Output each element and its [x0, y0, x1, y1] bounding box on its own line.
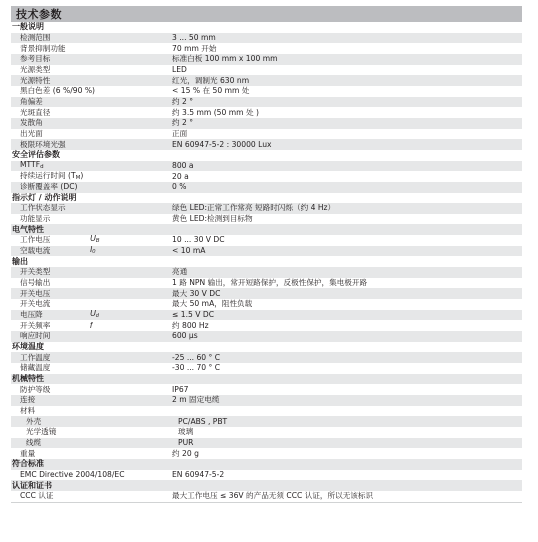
spec-value: 约 800 Hz — [167, 321, 522, 331]
spec-row: 光学透镜玻璃 — [11, 427, 522, 438]
spec-row: 功能显示黄色 LED:检测到目标物 — [11, 214, 522, 225]
spec-row: 出光面正面 — [11, 129, 522, 140]
spec-label: 诊断覆盖率 (DC) — [11, 182, 167, 192]
spec-label: 开关电流 — [11, 299, 167, 309]
spec-symbol: I0 — [90, 245, 167, 257]
spec-label: 极限环境光强 — [11, 140, 167, 150]
spec-value: EN 60947-5-2 — [167, 470, 522, 480]
spec-row: 极限环境光强EN 60947-5-2 : 30000 Lux — [11, 139, 522, 150]
spec-row: 参考目标标准白板 100 mm x 100 mm — [11, 54, 522, 65]
spec-value: < 15 % 在 50 mm 处 — [167, 86, 522, 96]
spec-row: 外壳PC/ABS , PBT — [11, 416, 522, 427]
spec-label: 线缆 — [11, 438, 173, 448]
spec-row: 空载电流I0 < 10 mA — [11, 246, 522, 257]
spec-label: 光源特性 — [11, 76, 167, 86]
spec-label: 储藏温度 — [11, 363, 167, 373]
spec-row: 连接2 m 固定电缆 — [11, 395, 522, 406]
spec-value: 正面 — [167, 129, 522, 139]
spec-label: 工作状态显示 — [11, 203, 167, 213]
spec-value: 最大 50 mA，阻性负载 — [167, 299, 522, 309]
spec-row: 黑白色差 (6 %/90 %)< 15 % 在 50 mm 处 — [11, 86, 522, 97]
spec-row: 响应时间600 µs — [11, 331, 522, 342]
spec-value: IP67 — [167, 385, 522, 395]
spec-row: 线缆PUR — [11, 438, 522, 449]
section-label: 电气特性 — [12, 225, 44, 235]
spec-symbol: Ud — [90, 309, 167, 321]
section-header: 一般说明 — [11, 22, 522, 33]
spec-label: 重量 — [11, 449, 167, 459]
spec-label: 光源类型 — [11, 65, 167, 75]
spec-label: 参考目标 — [11, 54, 167, 64]
spec-label: 开关类型 — [11, 267, 167, 277]
section-label: 输出 — [12, 257, 28, 267]
spec-label: 光学透镜 — [11, 427, 173, 437]
spec-label: 工作电压 — [11, 235, 90, 245]
spec-label: 背景抑制功能 — [11, 44, 167, 54]
spec-label: 连接 — [11, 395, 167, 405]
spec-value: 20 a — [167, 172, 522, 182]
spec-label: 光斑直径 — [11, 108, 167, 118]
section-label: 一般说明 — [12, 22, 44, 32]
spec-row: CCC 认证最大工作电压 ≤ 36V 的产品无须 CCC 认证，所以无该标识 — [11, 491, 522, 502]
section-label: 机械特性 — [12, 374, 44, 384]
spec-value: 0 % — [167, 182, 522, 192]
spec-label: 功能显示 — [11, 214, 167, 224]
spec-value: PUR — [173, 438, 522, 448]
section-header: 指示灯 / 动作说明 — [11, 193, 522, 204]
spec-value: 2 m 固定电缆 — [167, 395, 522, 405]
spec-row: 角偏差约 2 ° — [11, 97, 522, 108]
spec-title: 技术参数 — [11, 6, 522, 22]
section-header: 电气特性 — [11, 224, 522, 235]
spec-value: -25 ... 60 ° C — [167, 353, 522, 363]
spec-row: 开关频率f约 800 Hz — [11, 320, 522, 331]
spec-value: < 10 mA — [167, 246, 522, 256]
spec-value: 最大工作电压 ≤ 36V 的产品无须 CCC 认证，所以无该标识 — [167, 491, 522, 501]
spec-label: 电压降 — [11, 310, 90, 320]
spec-row: 光斑直径约 3.5 mm (50 mm 处 ) — [11, 107, 522, 118]
spec-value: ≤ 1.5 V DC — [167, 310, 522, 320]
spec-row: 背景抑制功能70 mm 开始 — [11, 43, 522, 54]
spec-label: 工作温度 — [11, 353, 167, 363]
spec-value: 约 2 ° — [167, 118, 522, 128]
spec-value: 约 2 ° — [167, 97, 522, 107]
spec-row: 电压降Ud≤ 1.5 V DC — [11, 310, 522, 321]
spec-value: 约 20 g — [167, 449, 522, 459]
section-label: 符合标准 — [12, 459, 44, 469]
spec-row: 防护等级IP67 — [11, 384, 522, 395]
spec-value: 约 3.5 mm (50 mm 处 ) — [167, 108, 522, 118]
spec-label: 持续运行时间 (TM) — [11, 171, 167, 183]
spec-value: EN 60947-5-2 : 30000 Lux — [167, 140, 522, 150]
spec-label: 响应时间 — [11, 331, 167, 341]
spec-value: -30 ... 70 ° C — [167, 363, 522, 373]
section-label: 环境温度 — [12, 342, 44, 352]
section-label: 安全评估参数 — [12, 150, 60, 160]
section-label: 认证和证书 — [12, 481, 52, 491]
spec-row: 检测范围3 ... 50 mm — [11, 33, 522, 44]
spec-row: 开关类型亮通 — [11, 267, 522, 278]
section-header: 机械特性 — [11, 374, 522, 385]
spec-row: 光源类型LED — [11, 65, 522, 76]
section-label: 指示灯 / 动作说明 — [12, 193, 77, 203]
spec-label: 空载电流 — [11, 246, 90, 256]
spec-label: 角偏差 — [11, 97, 167, 107]
spec-value: 最大 30 V DC — [167, 289, 522, 299]
spec-value: 800 a — [167, 161, 522, 171]
spec-row: 储藏温度-30 ... 70 ° C — [11, 363, 522, 374]
spec-value: 绿色 LED:正常工作常亮 短路时闪烁（约 4 Hz） — [167, 203, 522, 213]
spec-value: 标准白板 100 mm x 100 mm — [167, 54, 522, 64]
spec-row: 持续运行时间 (TM)20 a — [11, 171, 522, 182]
spec-value: 600 µs — [167, 331, 522, 341]
spec-sheet: 技术参数 一般说明检测范围3 ... 50 mm背景抑制功能70 mm 开始参考… — [11, 6, 522, 503]
spec-label: EMC Directive 2004/108/EC — [11, 470, 167, 480]
spec-label: 出光面 — [11, 129, 167, 139]
spec-value: 10 ... 30 V DC — [167, 235, 522, 245]
spec-row: 信号输出1 路 NPN 输出，常开短路保护，反极性保护，集电极开路 — [11, 278, 522, 289]
spec-label: 开关电压 — [11, 289, 167, 299]
spec-symbol: f — [90, 321, 167, 331]
spec-row: 诊断覆盖率 (DC)0 % — [11, 182, 522, 193]
spec-label: 信号输出 — [11, 278, 167, 288]
spec-label: 检测范围 — [11, 33, 167, 43]
spec-value: 70 mm 开始 — [167, 44, 522, 54]
spec-value: PC/ABS , PBT — [173, 417, 522, 427]
spec-label: 黑白色差 (6 %/90 %) — [11, 86, 167, 96]
spec-row: 材料 — [11, 406, 522, 417]
spec-value: LED — [167, 65, 522, 75]
spec-value: 玻璃 — [173, 427, 522, 437]
spec-row: 工作状态显示绿色 LED:正常工作常亮 短路时闪烁（约 4 Hz） — [11, 203, 522, 214]
spec-label: 材料 — [11, 406, 167, 416]
spec-row: 光源特性红光，调制光 630 nm — [11, 75, 522, 86]
spec-label: 外壳 — [11, 417, 173, 427]
spec-row: 开关电压最大 30 V DC — [11, 288, 522, 299]
spec-value: 亮通 — [167, 267, 522, 277]
spec-value: 3 ... 50 mm — [167, 33, 522, 43]
spec-table: 一般说明检测范围3 ... 50 mm背景抑制功能70 mm 开始参考目标标准白… — [11, 22, 522, 502]
section-header: 符合标准 — [11, 459, 522, 470]
spec-value: 黄色 LED:检测到目标物 — [167, 214, 522, 224]
spec-label: 开关频率 — [11, 321, 90, 331]
spec-label: 防护等级 — [11, 385, 167, 395]
spec-label: CCC 认证 — [11, 491, 167, 501]
spec-row: 开关电流最大 50 mA，阻性负载 — [11, 299, 522, 310]
section-header: 环境温度 — [11, 342, 522, 353]
spec-value: 1 路 NPN 输出，常开短路保护，反极性保护，集电极开路 — [167, 278, 522, 288]
section-header: 认证和证书 — [11, 480, 522, 491]
spec-row: 重量约 20 g — [11, 448, 522, 459]
spec-label: 发散角 — [11, 118, 167, 128]
bottom-divider — [11, 502, 522, 503]
spec-row: 工作温度-25 ... 60 ° C — [11, 352, 522, 363]
spec-row: 发散角约 2 ° — [11, 118, 522, 129]
spec-value: 红光，调制光 630 nm — [167, 76, 522, 86]
section-header: 输出 — [11, 256, 522, 267]
spec-row: EMC Directive 2004/108/ECEN 60947-5-2 — [11, 470, 522, 481]
spec-row: 工作电压UB10 ... 30 V DC — [11, 235, 522, 246]
